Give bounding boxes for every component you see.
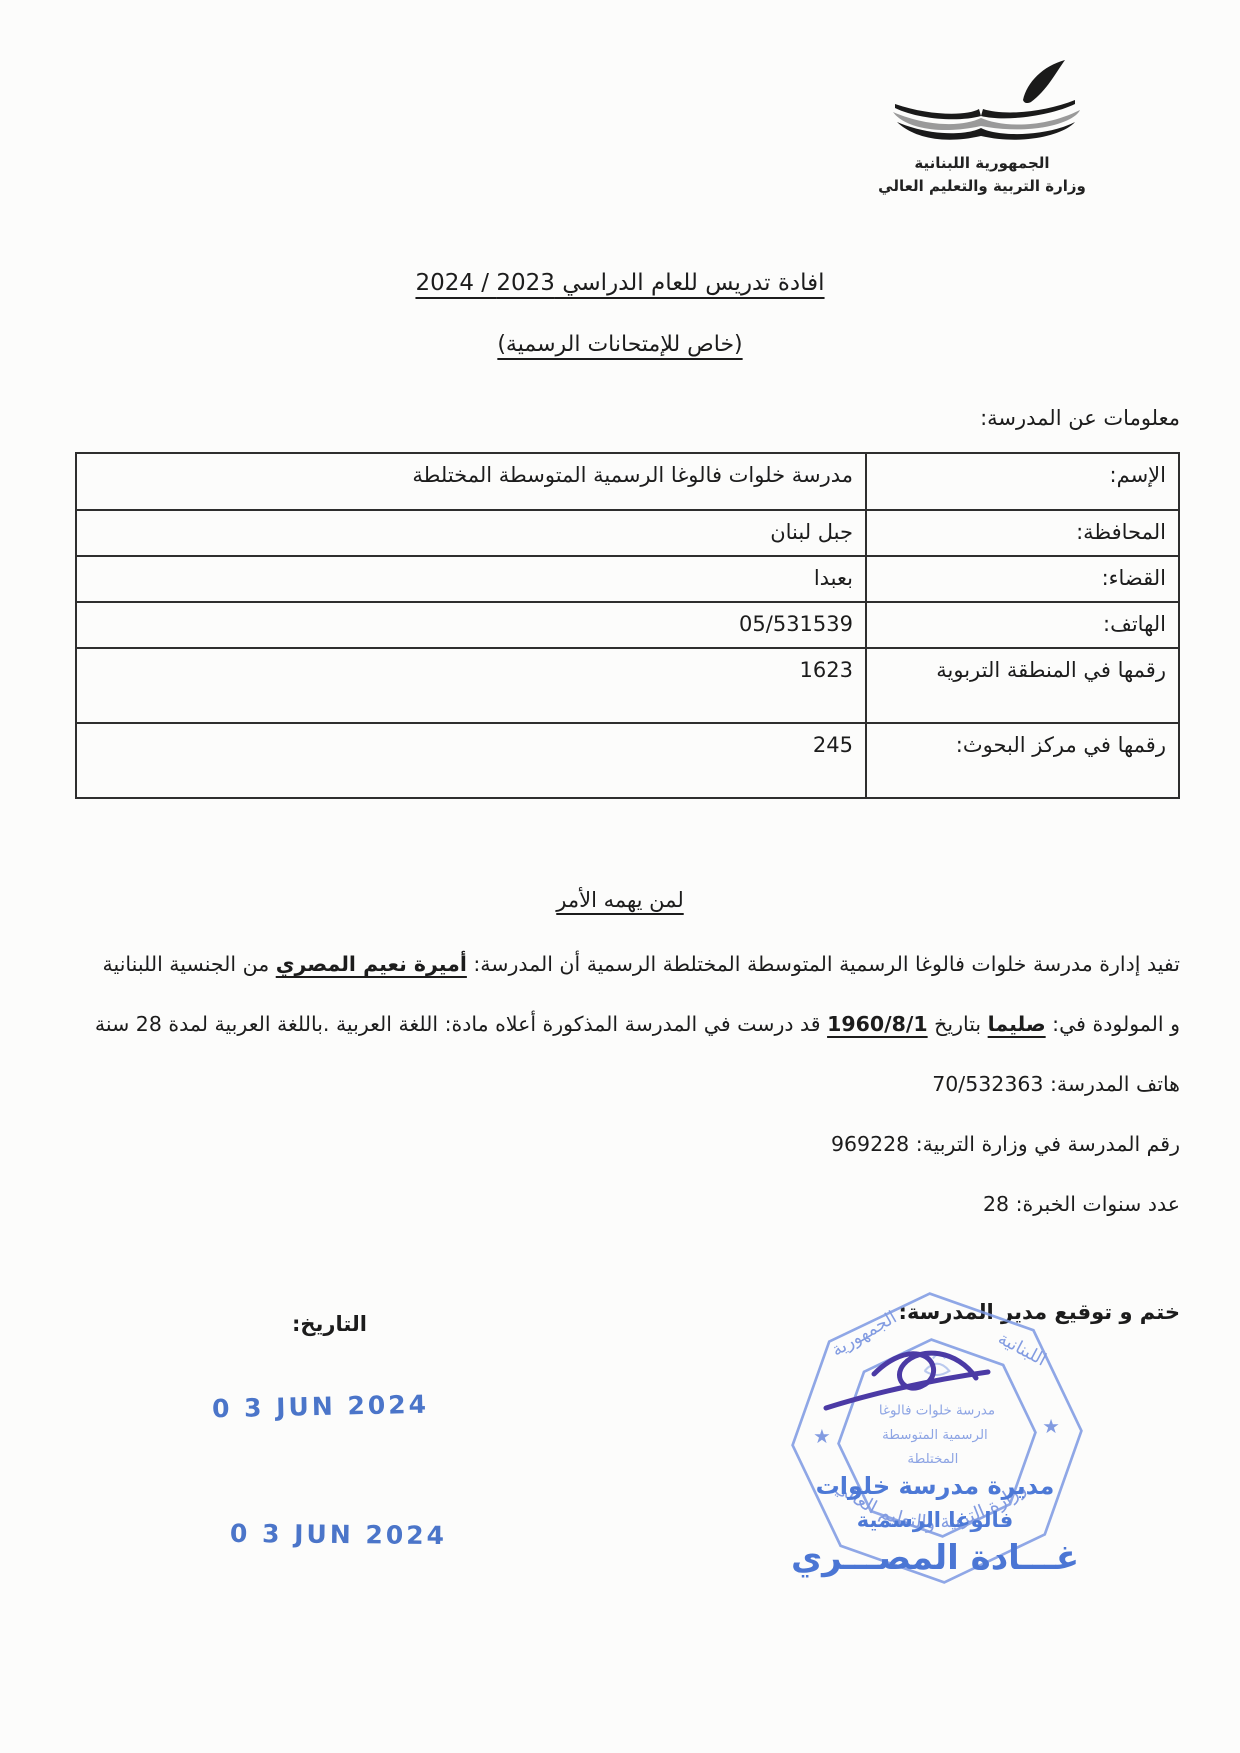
district-value: بعبدا — [76, 556, 866, 602]
birthplace: صليما — [988, 1012, 1046, 1036]
table-row: رقمها في مركز البحوث: 245 — [76, 723, 1179, 798]
experience-years-line: عدد سنوات الخبرة: 28 — [58, 1182, 1180, 1242]
ministry-text: وزارة التربية والتعليم العالي — [842, 175, 1122, 198]
stamp-inner-line-3: المختلطة — [907, 1452, 958, 1467]
table-row: رقمها في المنطقة التربوية 1623 — [76, 648, 1179, 723]
document-subtitle: (خاص للإمتحانات الرسمية) — [0, 332, 1240, 357]
date-label: التاريخ: — [292, 1312, 367, 1336]
signature-scribble-icon — [818, 1336, 1008, 1436]
school-phone-line: هاتف المدرسة: 70/532363 — [58, 1062, 1180, 1122]
letter-line-2-p3: قد درست في المدرسة المذكورة أعلاه مادة: … — [95, 1012, 827, 1036]
edu-district-number-label: رقمها في المنطقة التربوية — [866, 648, 1179, 723]
letter-line-1-suffix: من الجنسية اللبنانية — [103, 952, 276, 976]
teacher-name: أميرة نعيم المصري — [276, 952, 467, 976]
stamp-footer-text: مديرة مدرسة خلوات فالوغا الرسمية غـــادة… — [775, 1472, 1095, 1578]
letter-line-1-prefix: تفيد إدارة مدرسة خلوات فالوغا الرسمية ال… — [467, 952, 1180, 976]
school-info-heading: معلومات عن المدرسة: — [980, 406, 1180, 430]
scanned-document-page: الجمهورية اللبنانية وزارة التربية والتعل… — [0, 0, 1240, 1753]
stamp-school-line: فالوغا الرسمية — [775, 1508, 1095, 1532]
date-stamp-2: 0 3 JUN 2024 — [230, 1519, 447, 1550]
letter-line-2: و المولودة في: صليما بتاريخ 1960/8/1 قد … — [58, 1002, 1180, 1062]
stamp-star-right-icon: ★ — [1042, 1415, 1060, 1438]
ministry-header: الجمهورية اللبنانية وزارة التربية والتعل… — [842, 60, 1122, 199]
table-row: القضاء: بعبدا — [76, 556, 1179, 602]
stamp-director-line: مديرة مدرسة خلوات — [775, 1472, 1095, 1500]
phone-label: الهاتف: — [866, 602, 1179, 648]
document-title: افادة تدريس للعام الدراسي 2023 / 2024 — [0, 270, 1240, 296]
governorate-label: المحافظة: — [866, 510, 1179, 556]
school-name-label: الإسم: — [866, 453, 1179, 510]
ministry-number-line: رقم المدرسة في وزارة التربية: 969228 — [58, 1122, 1180, 1182]
letter-line-1: تفيد إدارة مدرسة خلوات فالوغا الرسمية ال… — [58, 942, 1180, 1002]
research-center-number-value: 245 — [76, 723, 866, 798]
governorate-value: جبل لبنان — [76, 510, 866, 556]
letter-line-2-p1: و المولودة في: — [1046, 1012, 1180, 1036]
birthdate: 1960/8/1 — [827, 1012, 928, 1036]
letter-body: تفيد إدارة مدرسة خلوات فالوغا الرسمية ال… — [58, 942, 1180, 1242]
date-stamp-1: 0 3 JUN 2024 — [212, 1390, 430, 1424]
open-book-logo-icon — [875, 60, 1090, 152]
table-row: المحافظة: جبل لبنان — [76, 510, 1179, 556]
district-label: القضاء: — [866, 556, 1179, 602]
republic-text: الجمهورية اللبنانية — [842, 152, 1122, 175]
letter-line-2-p2: بتاريخ — [928, 1012, 988, 1036]
stamp-director-name: غـــادة المصـــري — [775, 1538, 1095, 1578]
table-row: الهاتف: 05/531539 — [76, 602, 1179, 648]
phone-value: 05/531539 — [76, 602, 866, 648]
table-row: الإسم: مدرسة خلوات فالوغا الرسمية المتوس… — [76, 453, 1179, 510]
research-center-number-label: رقمها في مركز البحوث: — [866, 723, 1179, 798]
school-name-value: مدرسة خلوات فالوغا الرسمية المتوسطة المخ… — [76, 453, 866, 510]
director-signature — [818, 1336, 1008, 1436]
edu-district-number-value: 1623 — [76, 648, 866, 723]
school-info-table: الإسم: مدرسة خلوات فالوغا الرسمية المتوس… — [75, 452, 1180, 799]
letter-heading: لمن يهمه الأمر — [0, 888, 1240, 912]
